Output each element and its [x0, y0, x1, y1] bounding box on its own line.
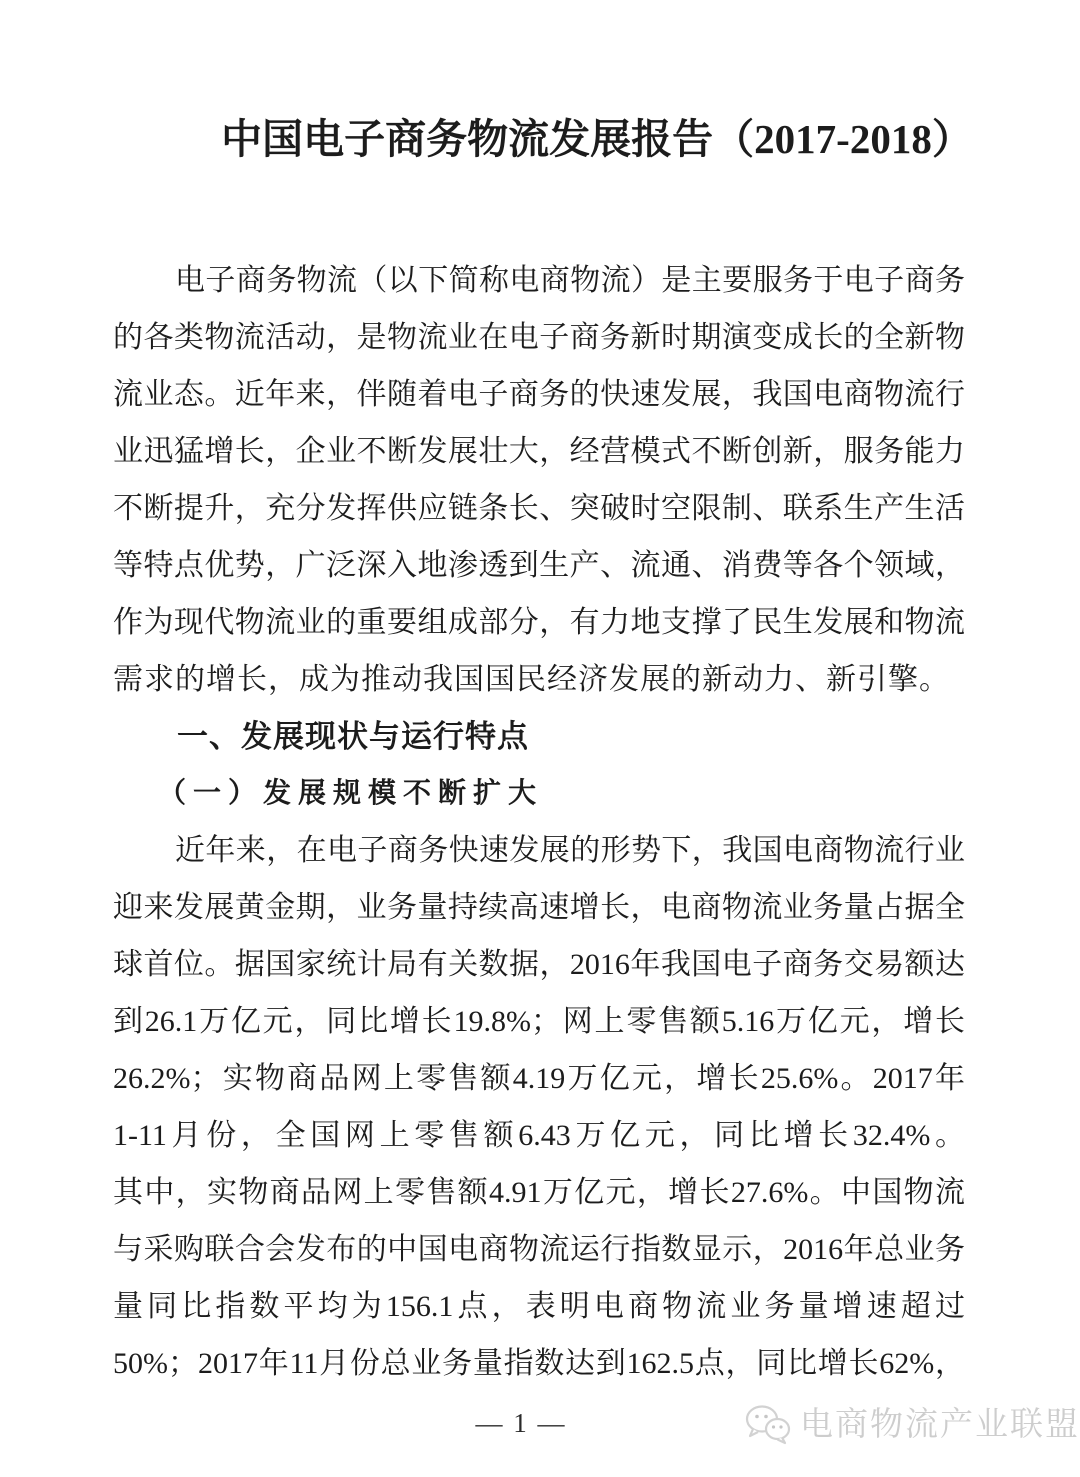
body-line: 50%；2017年11月份总业务量指数达到162.5点，同比增长62%， [113, 1335, 965, 1392]
body-line: 不断提升，充分发挥供应链条长、突破时空限制、联系生产生活 [113, 480, 965, 537]
document-body: 电子商务物流（以下简称电商物流）是主要服务于电子商务 的各类物流活动，是物流业在… [113, 252, 965, 1392]
body-line: 26.2%；实物商品网上零售额4.19万亿元，增长25.6%。2017年 [113, 1050, 965, 1107]
body-line: 近年来，在电子商务快速发展的形势下，我国电商物流行业 [113, 822, 965, 879]
watermark: 电商物流产业联盟 [744, 1401, 1080, 1449]
watermark-label: 电商物流产业联盟 [800, 1401, 1080, 1449]
body-line: 到26.1万亿元，同比增长19.8%；网上零售额5.16万亿元，增长 [113, 993, 965, 1050]
body-line: 量同比指数平均为156.1点，表明电商物流业务量增速超过 [113, 1278, 965, 1335]
subsection-heading: （一）发展规模不断扩大 [113, 765, 965, 822]
body-line: 1-11月份，全国网上零售额6.43万亿元，同比增长32.4%。 [113, 1107, 965, 1164]
section-heading: 一、发展现状与运行特点 [113, 708, 965, 765]
wechat-icon [744, 1403, 792, 1447]
document-page: 中国电子商务物流发展报告（2017-2018） 电子商务物流（以下简称电商物流）… [0, 0, 1080, 1477]
body-line: 需求的增长，成为推动我国国民经济发展的新动力、新引擎。 [113, 651, 965, 708]
body-line: 等特点优势，广泛深入地渗透到生产、流通、消费等各个领域， [113, 537, 965, 594]
body-line: 与采购联合会发布的中国电商物流运行指数显示，2016年总业务 [113, 1221, 965, 1278]
page-title: 中国电子商务物流发展报告（2017-2018） [171, 106, 1023, 165]
body-line: 流业态。近年来，伴随着电子商务的快速发展，我国电商物流行 [113, 366, 965, 423]
body-line: 迎来发展黄金期，业务量持续高速增长，电商物流业务量占据全 [113, 879, 965, 936]
body-line: 电子商务物流（以下简称电商物流）是主要服务于电子商务 [113, 252, 965, 309]
body-line: 的各类物流活动，是物流业在电子商务新时期演变成长的全新物 [113, 309, 965, 366]
body-line: 作为现代物流业的重要组成部分，有力地支撑了民生发展和物流 [113, 594, 965, 651]
body-line: 球首位。据国家统计局有关数据，2016年我国电子商务交易额达 [113, 936, 965, 993]
body-line: 业迅猛增长，企业不断发展壮大，经营模式不断创新，服务能力 [113, 423, 965, 480]
body-line: 其中，实物商品网上零售额4.91万亿元，增长27.6%。中国物流 [113, 1164, 965, 1221]
